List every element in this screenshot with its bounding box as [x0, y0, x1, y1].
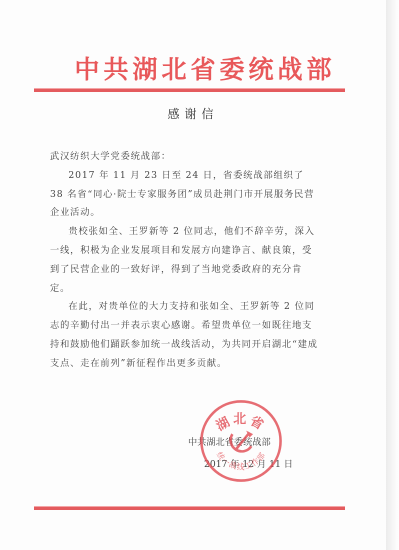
letter-body: 武汉纺织大学党委统战部： 2017 年 11 月 23 日至 24 日，省委统战…: [50, 148, 320, 374]
paragraph-1: 2017 年 11 月 23 日至 24 日，省委统战部组织了 38 名省“同心…: [50, 167, 320, 223]
signature-block: 中共湖北省委统战部 2017 年 12 月 11 日: [188, 432, 318, 476]
signature-organization: 中共湖北省委统战部: [188, 432, 318, 454]
header-red-rule: [34, 88, 345, 92]
signature-date: 2017 年 12 月 11 日: [188, 454, 318, 476]
organization-header: 中共湖北省委统战部: [60, 50, 350, 86]
document-title: 感谢信: [0, 105, 386, 122]
letter-page: 中共湖北省委统战部 感谢信 武汉纺织大学党委统战部： 2017 年 11 月 2…: [0, 0, 387, 550]
footer-red-rule: [34, 506, 345, 510]
paragraph-3: 在此，对贵单位的大力支持和张如全、王罗新等 2 位同志的辛勤付出一并表示衷心感谢…: [50, 298, 320, 373]
salutation: 武汉纺织大学党委统战部：: [50, 148, 320, 167]
scan-edge: [386, 0, 399, 550]
paragraph-2: 贵校张如全、王罗新等 2 位同志，他们不辞辛劳，深入一线，积极为企业发展项目和发…: [50, 223, 320, 298]
